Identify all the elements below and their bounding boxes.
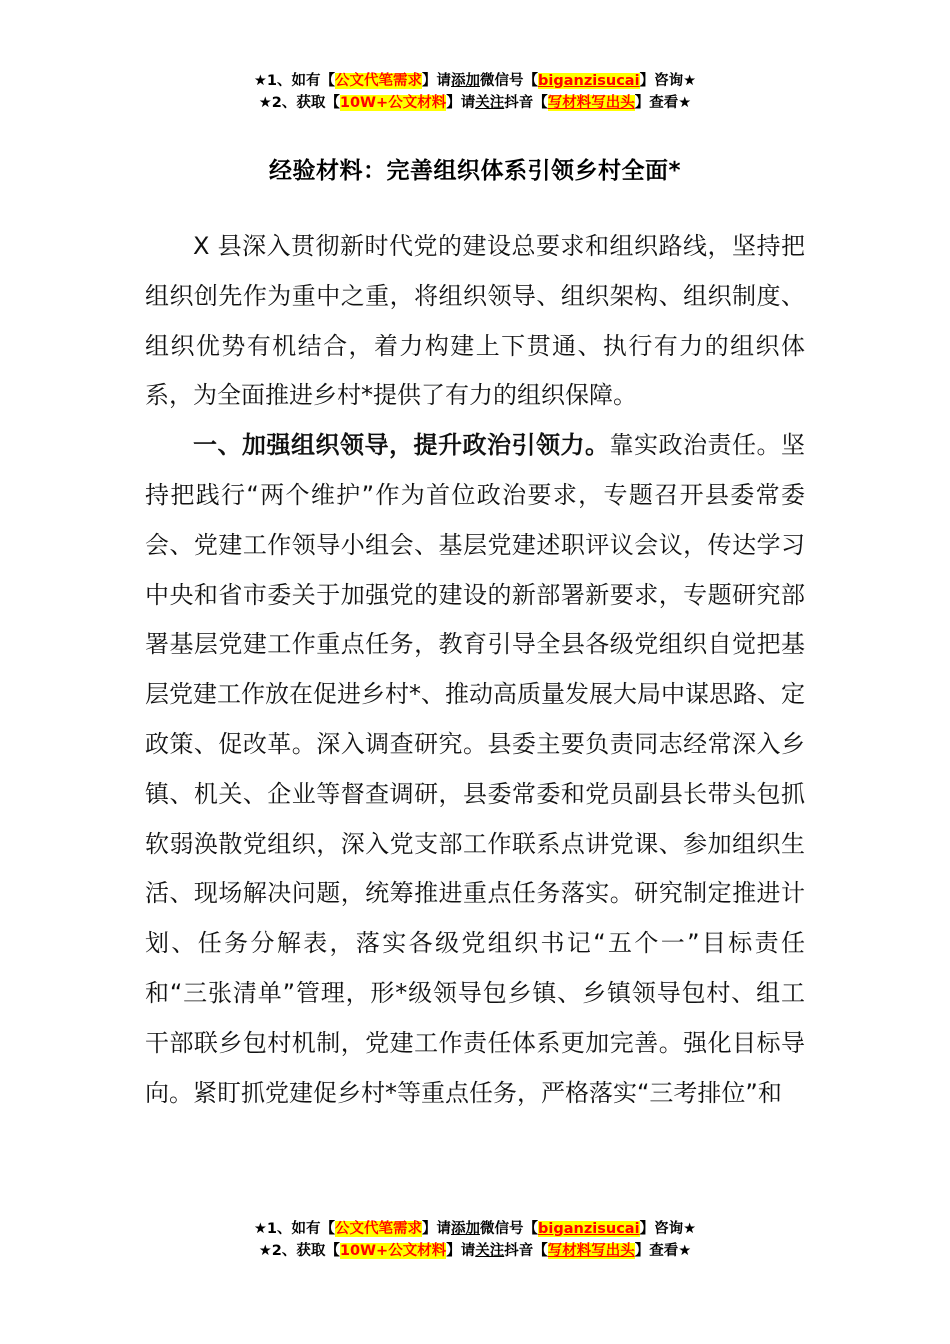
promo-text: ★2、获取【 xyxy=(259,1243,340,1259)
promo-line-1: ★1、如有【公文代笔需求】请添加微信号【biganzisucai】咨询★ xyxy=(0,1218,950,1240)
paragraph-text: 靠实政治责任。坚持把践行“两个维护”作为首位政治要求，专题召开县委常委会、党建工… xyxy=(145,431,805,1106)
promo-line-1: ★1、如有【公文代笔需求】请添加微信号【biganzisucai】咨询★ xyxy=(0,70,950,92)
promo-text: ★2、获取【 xyxy=(259,95,340,111)
promo-douyin-account: 写材料写出头 xyxy=(548,95,635,111)
promo-text: 抖音【 xyxy=(504,95,548,111)
promo-emphasis-add: 添加 xyxy=(451,73,480,89)
promo-text: 】咨询★ xyxy=(640,1221,697,1237)
document-title: 经验材料：完善组织体系引领乡村全面* xyxy=(0,153,950,189)
promo-footer: ★1、如有【公文代笔需求】请添加微信号【biganzisucai】咨询★ ★2、… xyxy=(0,1218,950,1262)
paragraph-intro: X 县深入贯彻新时代党的建设总要求和组织路线，坚持把组织创先作为重中之重，将组织… xyxy=(145,222,805,421)
promo-highlight-materials: 10W+公文材料 xyxy=(340,95,446,111)
promo-header: ★1、如有【公文代笔需求】请添加微信号【biganzisucai】咨询★ ★2、… xyxy=(0,70,950,114)
promo-text: 】查看★ xyxy=(635,1243,692,1259)
promo-text: 】查看★ xyxy=(635,95,692,111)
promo-text: 微信号【 xyxy=(480,1221,538,1237)
promo-text: 】请 xyxy=(446,95,475,111)
paragraph-section-1: 一、加强组织领导，提升政治引领力。靠实政治责任。坚持把践行“两个维护”作为首位政… xyxy=(145,421,805,1118)
promo-line-2: ★2、获取【10W+公文材料】请关注抖音【写材料写出头】查看★ xyxy=(0,1240,950,1262)
promo-text: 】咨询★ xyxy=(640,73,697,89)
promo-douyin-account: 写材料写出头 xyxy=(548,1243,635,1259)
promo-text: ★1、如有【 xyxy=(254,73,335,89)
paragraph-text: X 县深入贯彻新时代党的建设总要求和组织路线，坚持把组织创先作为重中之重，将组织… xyxy=(145,232,805,409)
promo-text: 微信号【 xyxy=(480,73,538,89)
promo-emphasis-follow: 关注 xyxy=(475,1243,504,1259)
promo-text: 抖音【 xyxy=(504,1243,548,1259)
section-heading: 一、加强组织领导，提升政治引领力。 xyxy=(193,431,610,459)
promo-highlight-materials: 10W+公文材料 xyxy=(340,1243,446,1259)
promo-text: ★1、如有【 xyxy=(254,1221,335,1237)
promo-emphasis-follow: 关注 xyxy=(475,95,504,111)
promo-wechat-id: biganzisucai xyxy=(538,73,640,89)
promo-text: 】请 xyxy=(422,1221,451,1237)
promo-wechat-id: biganzisucai xyxy=(538,1221,640,1237)
promo-highlight-service: 公文代笔需求 xyxy=(335,1221,422,1237)
document-body: X 县深入贯彻新时代党的建设总要求和组织路线，坚持把组织创先作为重中之重，将组织… xyxy=(145,222,805,1118)
promo-emphasis-add: 添加 xyxy=(451,1221,480,1237)
promo-text: 】请 xyxy=(446,1243,475,1259)
promo-text: 】请 xyxy=(422,73,451,89)
promo-highlight-service: 公文代笔需求 xyxy=(335,73,422,89)
promo-line-2: ★2、获取【10W+公文材料】请关注抖音【写材料写出头】查看★ xyxy=(0,92,950,114)
